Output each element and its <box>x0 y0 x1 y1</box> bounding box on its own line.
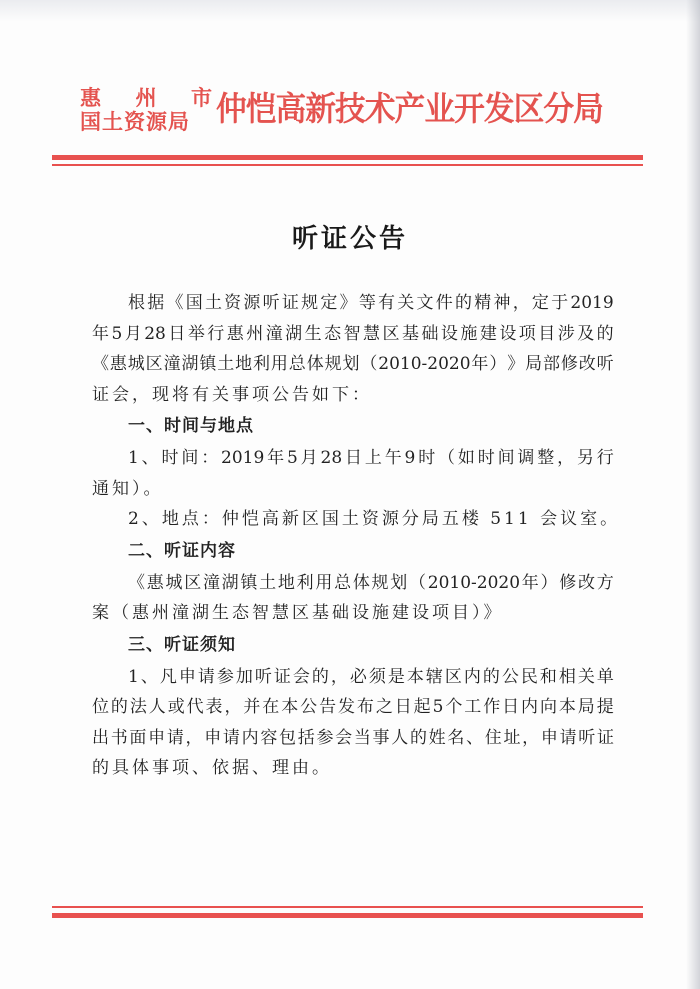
letterhead-org-left: 惠 州 市 国土资源局 <box>80 86 212 134</box>
intro-paragraph: 根据《国土资源听证规定》等有关文件的精神，定于2019 年5月28日举行惠州潼湖… <box>92 288 614 410</box>
text-line: 年5月28日举行惠州潼湖生态智慧区基础设施建设项目涉及的 <box>92 319 614 350</box>
letterhead-rule-thick <box>52 155 643 160</box>
text-line: 根据《国土资源听证规定》等有关文件的精神，定于2019 <box>92 288 614 319</box>
document-body: 根据《国土资源听证规定》等有关文件的精神，定于2019 年5月28日举行惠州潼湖… <box>92 288 614 784</box>
letterhead-char: 市 <box>191 86 212 110</box>
text-line: 证会，现将有关事项公告如下： <box>92 380 614 411</box>
footer-rule-thick <box>52 913 643 918</box>
scan-edge-top <box>0 0 700 22</box>
text-line: 位的法人或代表，并在本公告发布之日起5个工作日内向本局提 <box>92 692 614 723</box>
text-line: 《惠城区潼湖镇土地利用总体规划（2010-2020年）修改方 <box>92 568 614 599</box>
section-heading-content: 二、听证内容 <box>92 535 614 568</box>
text-line: 案（惠州潼湖生态智慧区基础设施建设项目）》 <box>92 598 614 629</box>
letterhead-rule-thin <box>52 164 643 166</box>
letterhead-org-main: 仲恺高新技术产业开发区分局 <box>216 84 603 134</box>
text-line: 的具体事项、依据、理由。 <box>92 753 614 784</box>
document-title: 听证公告 <box>0 218 700 255</box>
section-heading-notice: 三、听证须知 <box>92 629 614 662</box>
letterhead-bureau: 国土资源局 <box>80 110 212 134</box>
text-line: 《惠城区潼湖镇土地利用总体规划（2010-2020年）》局部修改听 <box>92 349 614 380</box>
letterhead-char: 州 <box>136 86 157 110</box>
letterhead-city: 惠 州 市 <box>80 86 212 110</box>
text-line: 出书面申请，申请内容包括参会当事人的姓名、住址，申请听证 <box>92 723 614 754</box>
letterhead-char: 惠 <box>80 86 101 110</box>
text-line: 2、地点：仲恺高新区国土资源分局五楼 511 会议室。 <box>92 504 614 535</box>
text-line: 1、时间：2019年5月28日上午9时（如时间调整，另行 <box>92 443 614 474</box>
section-heading-time-place: 一、时间与地点 <box>92 410 614 443</box>
text-line: 1、凡申请参加听证会的，必须是本辖区内的公民和相关单 <box>92 662 614 693</box>
scan-edge-right <box>686 0 700 989</box>
text-line: 通知）。 <box>92 474 614 505</box>
footer-rule-thin <box>52 906 643 908</box>
